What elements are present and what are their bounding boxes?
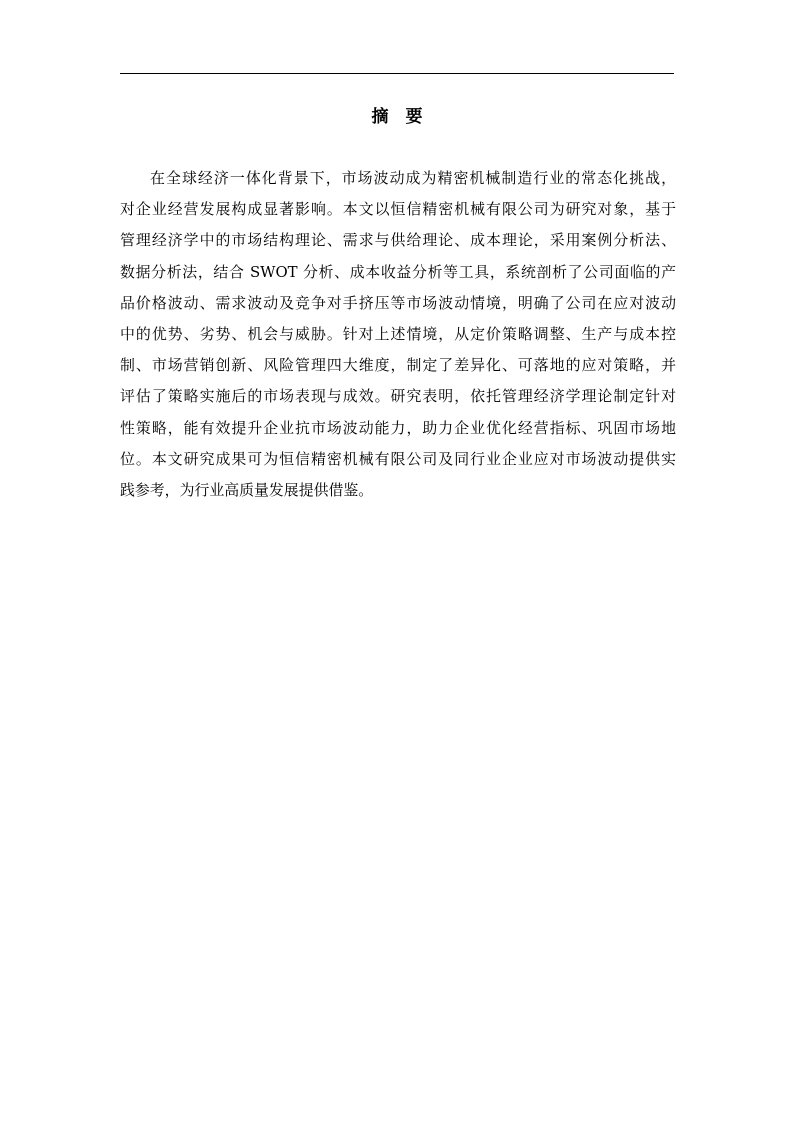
abstract-line: 数据分析法，结合 SWOT 分析、成本收益分析等工具，系统剖析了公司面临的产 [120, 257, 676, 288]
abstract-line: 管理经济学中的市场结构理论、需求与供给理论、成本理论，采用案例分析法、 [120, 225, 676, 256]
header-rule [120, 73, 674, 74]
abstract-line: 制、市场营销创新、风险管理四大维度，制定了差异化、可落地的应对策略，并 [120, 350, 676, 381]
abstract-line: 性策略，能有效提升企业抗市场波动能力，助力企业优化经营指标、巩固市场地 [120, 413, 676, 444]
abstract-paragraph: 在全球经济一体化背景下，市场波动成为精密机械制造行业的常态化挑战， 对企业经营发… [120, 163, 676, 506]
title-char-2: 要 [406, 107, 423, 127]
abstract-line: 评估了策略实施后的市场表现与成效。研究表明，依托管理经济学理论制定针对 [120, 381, 676, 412]
abstract-line: 品价格波动、需求波动及竞争对手挤压等市场波动情境，明确了公司在应对波动 [120, 288, 676, 319]
page-title: 摘要 [120, 104, 674, 130]
abstract-line: 在全球经济一体化背景下，市场波动成为精密机械制造行业的常态化挑战， [120, 163, 676, 194]
abstract-line: 中的优势、劣势、机会与威胁。针对上述情境，从定价策略调整、生产与成本控 [120, 319, 676, 350]
abstract-line: 位。本文研究成果可为恒信精密机械有限公司及同行业企业应对市场波动提供实 [120, 444, 676, 475]
abstract-line: 对企业经营发展构成显著影响。本文以恒信精密机械有限公司为研究对象，基于 [120, 194, 676, 225]
abstract-line: 践参考，为行业高质量发展提供借鉴。 [120, 475, 676, 506]
title-char-1: 摘 [372, 107, 389, 127]
